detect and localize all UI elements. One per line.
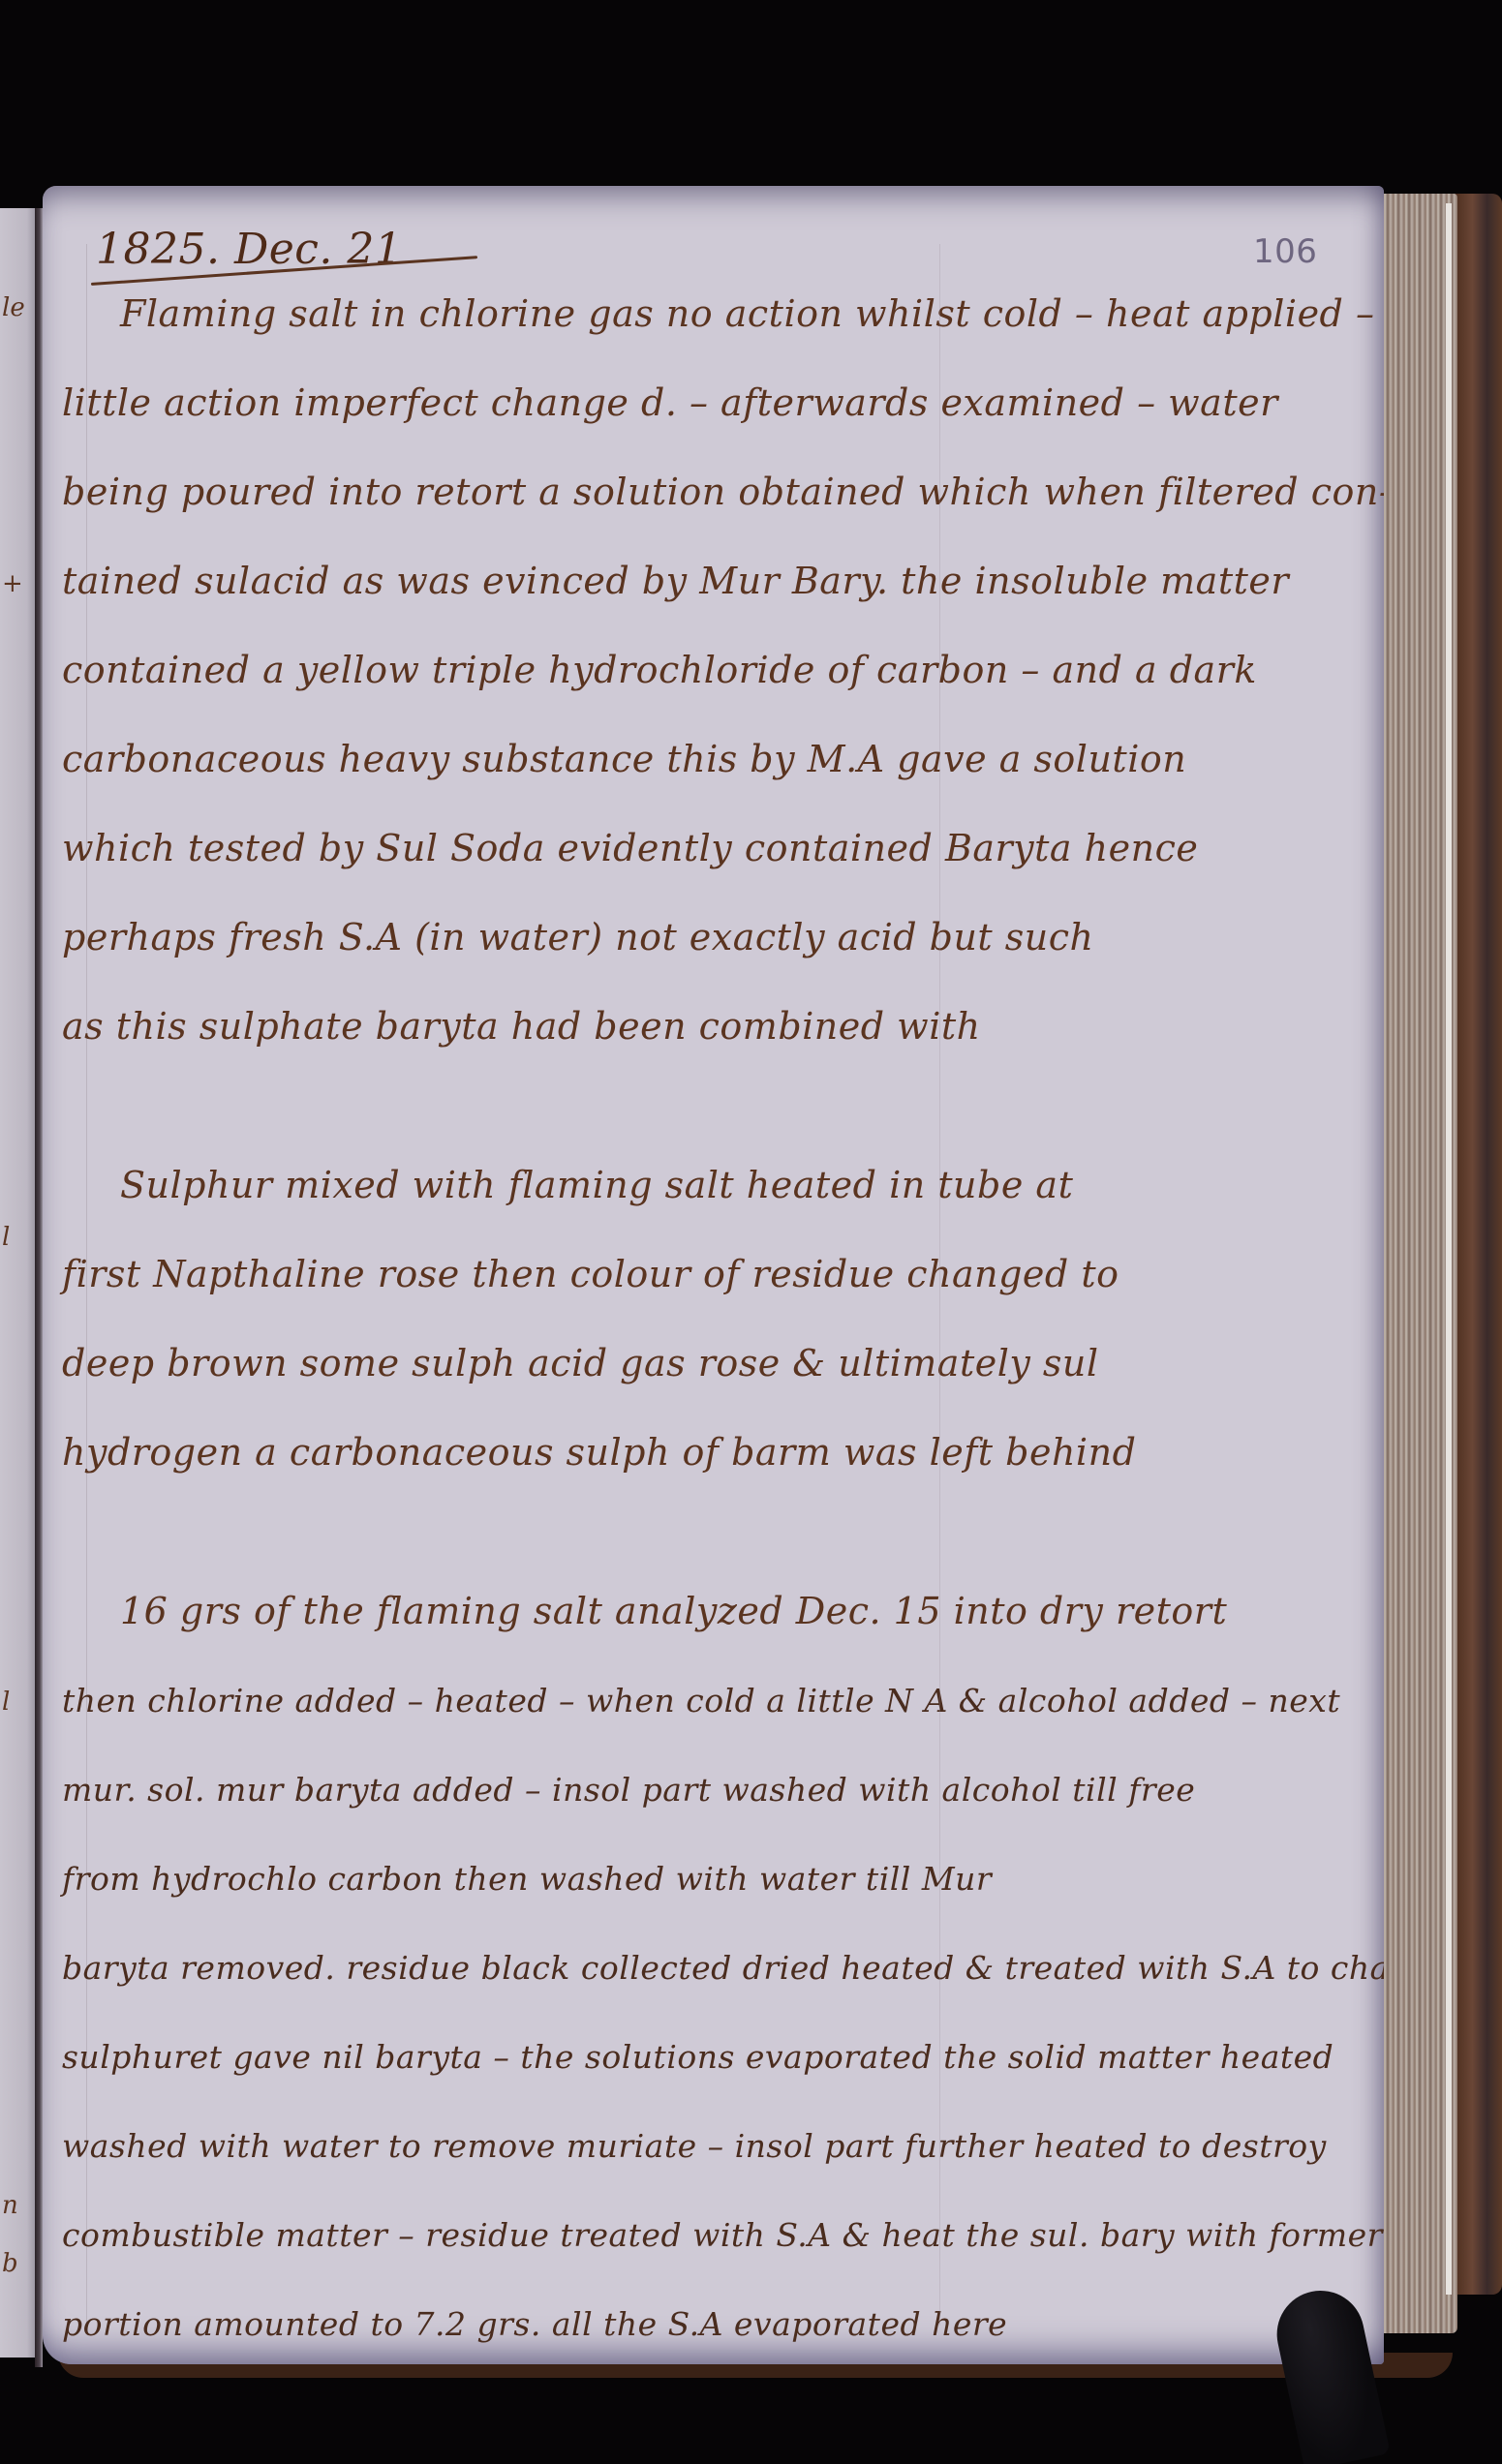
text-line: Sulphur mixed with flaming salt heated i…	[120, 1164, 1073, 1206]
text-line: mur. sol. mur baryta added – insol part …	[62, 1771, 1195, 1809]
text-line: perhaps fresh S.A (in water) not exactly…	[62, 916, 1094, 958]
text-line: baryta removed. residue black collected …	[62, 1949, 1384, 1987]
text-line: washed with water to remove muriate – in…	[62, 2127, 1327, 2165]
left-margin-mark: n	[2, 2193, 18, 2218]
left-margin-mark: b	[2, 2251, 18, 2276]
book-cover-edge	[1453, 194, 1502, 2295]
page-stack-edges	[1380, 194, 1457, 2333]
left-margin-mark: l	[2, 1689, 10, 1715]
text-line: little action imperfect change d. – afte…	[62, 381, 1278, 424]
notebook-page: 1825. Dec. 21 106 Flaming salt in chlori…	[43, 186, 1384, 2364]
text-line: as this sulphate baryta had been combine…	[62, 1005, 981, 1048]
left-margin-mark: +	[2, 571, 23, 596]
text-line: sulphuret gave nil baryta – the solution…	[62, 2038, 1333, 2076]
text-line: carbonaceous heavy substance this by M.A…	[62, 738, 1186, 780]
book-gutter	[35, 208, 43, 2367]
text-line: 16 grs of the flaming salt analyzed Dec.…	[120, 1590, 1227, 1632]
text-line: hydrogen a carbonaceous sulph of barm wa…	[62, 1431, 1136, 1474]
page-number: 106	[1253, 232, 1317, 271]
left-margin-mark: le	[2, 295, 25, 320]
text-line: deep brown some sulph acid gas rose & ul…	[62, 1342, 1099, 1384]
left-margin-mark: l	[2, 1225, 10, 1250]
text-line: being poured into retort a solution obta…	[62, 471, 1384, 513]
text-line: which tested by Sul Soda evidently conta…	[62, 827, 1198, 869]
text-line: then chlorine added – heated – when cold…	[62, 1682, 1340, 1719]
text-line: first Napthaline rose then colour of res…	[62, 1253, 1119, 1295]
previous-page-edge: le + l l n b	[0, 208, 39, 2358]
text-line: Flaming salt in chlorine gas no action w…	[120, 292, 1374, 335]
text-line: contained a yellow triple hydrochloride …	[62, 649, 1257, 691]
text-line: portion amounted to 7.2 grs. all the S.A…	[62, 2305, 1007, 2343]
text-line: tained sulacid as was evinced by Mur Bar…	[62, 560, 1289, 602]
text-line: combustible matter – residue treated wit…	[62, 2216, 1383, 2254]
text-line: from hydrochlo carbon then washed with w…	[62, 1860, 992, 1898]
